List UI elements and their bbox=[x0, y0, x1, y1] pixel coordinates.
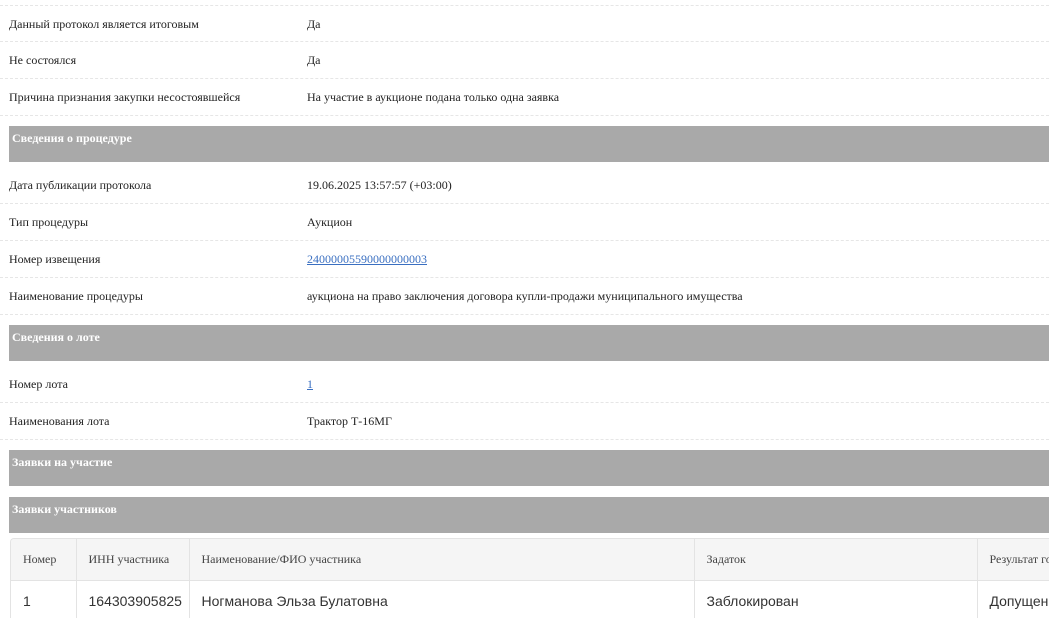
field-label: Дата публикации протокола bbox=[9, 178, 151, 193]
field-label: Номер извещения bbox=[9, 252, 100, 267]
cell-inn: 164303905825 bbox=[76, 581, 189, 618]
notice-number-link[interactable]: 24000005590000000003 bbox=[307, 252, 427, 266]
field-value: аукциона на право заключения договора ку… bbox=[307, 289, 743, 304]
cell-name: Ногманова Эльза Булатовна bbox=[189, 581, 694, 618]
field-value: 19.06.2025 13:57:57 (+03:00) bbox=[307, 178, 452, 193]
section-header-applications: Заявки на участие bbox=[9, 450, 1049, 486]
row-notice-number: Номер извещения 24000005590000000003 bbox=[0, 241, 1049, 278]
field-label: Не состоялся bbox=[9, 53, 76, 68]
col-header-inn: ИНН участника bbox=[76, 539, 189, 581]
table-row: 1 164303905825 Ногманова Эльза Булатовна… bbox=[11, 581, 1049, 618]
field-value: На участие в аукционе подана только одна… bbox=[307, 90, 559, 105]
field-label: Номер лота bbox=[9, 377, 68, 392]
section-header-participants: Заявки участников bbox=[9, 497, 1049, 533]
col-header-name: Наименование/ФИО участника bbox=[189, 539, 694, 581]
field-value: Трактор Т-16МГ bbox=[307, 414, 392, 429]
protocol-details: Данный протокол является итоговым Да Не … bbox=[0, 0, 1049, 533]
cell-number: 1 bbox=[11, 581, 76, 618]
field-label: Данный протокол является итоговым bbox=[9, 17, 199, 32]
participants-table: Номер ИНН участника Наименование/ФИО уча… bbox=[10, 538, 1049, 618]
lot-number-link[interactable]: 1 bbox=[307, 377, 313, 391]
section-header-procedure: Сведения о процедуре bbox=[9, 126, 1049, 162]
cell-deposit: Заблокирован bbox=[694, 581, 977, 618]
row-procedure-name: Наименование процедуры аукциона на право… bbox=[0, 278, 1049, 315]
row-lot-number: Номер лота 1 bbox=[0, 366, 1049, 403]
field-label: Тип процедуры bbox=[9, 215, 88, 230]
row-failure-reason: Причина признания закупки несостоявшейся… bbox=[0, 79, 1049, 116]
field-label: Наименование процедуры bbox=[9, 289, 143, 304]
field-value: Да bbox=[307, 17, 321, 32]
row-publication-date: Дата публикации протокола 19.06.2025 13:… bbox=[0, 167, 1049, 204]
field-label: Наименования лота bbox=[9, 414, 110, 429]
field-value: Да bbox=[307, 53, 321, 68]
row-procedure-type: Тип процедуры Аукцион bbox=[0, 204, 1049, 241]
field-label: Причина признания закупки несостоявшейся bbox=[9, 90, 240, 105]
cell-result: Допущен bbox=[977, 581, 1049, 618]
col-header-result: Результат го bbox=[977, 539, 1049, 581]
row-lot-name: Наименования лота Трактор Т-16МГ bbox=[0, 403, 1049, 440]
table-header-row: Номер ИНН участника Наименование/ФИО уча… bbox=[11, 539, 1049, 581]
field-value: Аукцион bbox=[307, 215, 352, 230]
col-header-deposit: Задаток bbox=[694, 539, 977, 581]
row-final-protocol: Данный протокол является итоговым Да bbox=[0, 5, 1049, 42]
col-header-number: Номер bbox=[11, 539, 76, 581]
row-not-held: Не состоялся Да bbox=[0, 42, 1049, 79]
section-header-lot: Сведения о лоте bbox=[9, 325, 1049, 361]
